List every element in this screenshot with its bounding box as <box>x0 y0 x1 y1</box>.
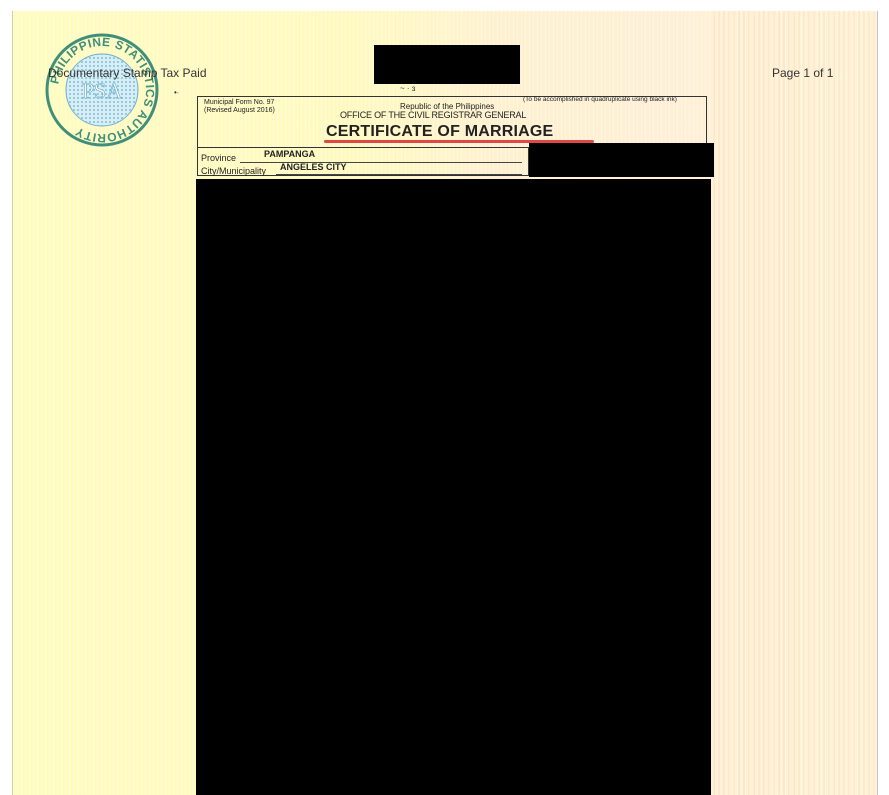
instruction-note: (To be accomplished in quadruplicate usi… <box>523 96 677 103</box>
office-label: OFFICE OF THE CIVIL REGISTRAR GENERAL <box>340 110 526 120</box>
form-revision-text: (Revised August 2016) <box>204 107 275 115</box>
top-redaction <box>374 45 520 84</box>
page-indicator: Page 1 of 1 <box>772 66 833 80</box>
form-number-text: Municipal Form No. 97 <box>204 99 275 107</box>
form-divider <box>197 147 529 148</box>
province-value: PAMPANGA <box>264 149 315 159</box>
ink-mark: •∙ <box>174 88 179 97</box>
city-line <box>276 174 522 175</box>
svg-text:PSA: PSA <box>82 78 122 103</box>
body-redaction <box>196 179 711 795</box>
psa-seal-icon: PHILIPPINE STATISTICS AUTHORITY PSA <box>44 32 160 148</box>
form-number: Municipal Form No. 97 (Revised August 20… <box>204 99 275 115</box>
certificate-title: CERTIFICATE OF MARRIAGE <box>326 123 553 141</box>
province-label: Province <box>201 153 236 163</box>
documentary-stamp-label: Documentary Stamp Tax Paid <box>48 66 207 80</box>
city-label: City/Municipality <box>201 166 266 176</box>
registry-number-redaction <box>529 143 714 177</box>
city-value: ANGELES CITY <box>280 162 347 172</box>
ink-mark: ~ · ɜ <box>400 84 415 93</box>
